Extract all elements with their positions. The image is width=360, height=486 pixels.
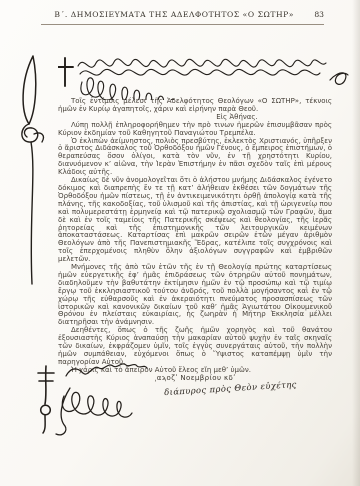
letter-paragraph: Δικαίως δὲ νῦν ἀνομολογεῖται ὅτι ὁ ἀλήστ… bbox=[58, 177, 332, 264]
patriarchal-cross-and-signature-icon bbox=[30, 360, 180, 440]
letter-paragraph: Ὁ ἐκλιπὼν ἀείμνηστος, πολιὸς πρεσβύτης, … bbox=[58, 138, 332, 178]
letter-paragraph: Μνήμονες τῆς ἀπὸ τῶν ἐτῶν τῆς ἐν τῇ Θεολ… bbox=[58, 264, 332, 327]
letter-paragraph: Λύπῃ πολλῇ ἐπληροφορήθημεν τὴν πρὸ τινων… bbox=[58, 122, 332, 138]
page-number: 83 bbox=[314, 10, 324, 19]
book-page: Β΄. ΔΗΜΟΣΙΕΥΜΑΤΑ ΤΗΣ ΑΔΕΛΦΟΤΗΤΟΣ «Ο ΣΩΤΗ… bbox=[0, 0, 360, 486]
running-header: Β΄. ΔΗΜΟΣΙΕΥΜΑΤΑ ΤΗΣ ΑΔΕΛΦΟΤΗΤΟΣ «Ο ΣΩΤΗ… bbox=[42, 10, 324, 19]
pen-flourish-icon bbox=[6, 54, 54, 290]
letter-body: Τοῖς ἐντίμοις μέλεσι τῆς Ἀδελφότητος Θεο… bbox=[58, 98, 332, 383]
running-header-title: Β΄. ΔΗΜΟΣΙΕΥΜΑΤΑ ΤΗΣ ΑΔΕΛΦΟΤΗΤΟΣ «Ο ΣΩΤΗ… bbox=[42, 10, 306, 19]
patriarchal-letterhead-calligraphy-icon bbox=[58, 50, 354, 100]
header-divider bbox=[41, 24, 324, 25]
salutation: Τοῖς ἐντίμοις μέλεσι τῆς Ἀδελφότητος Θεο… bbox=[58, 98, 332, 114]
